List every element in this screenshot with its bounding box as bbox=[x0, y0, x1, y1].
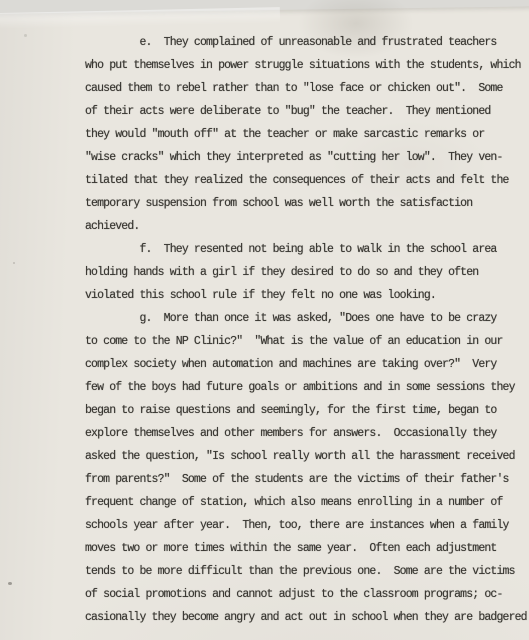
text-line: f. They resented not being able to walk … bbox=[85, 238, 529, 261]
text-line: tilated that they realized the consequen… bbox=[85, 169, 529, 192]
text-line: of social promotions and cannot adjust t… bbox=[85, 583, 529, 606]
typewritten-text-block: e. They complained of unreasonable and f… bbox=[85, 31, 529, 629]
text-line: who put themselves in power struggle sit… bbox=[85, 54, 529, 77]
text-line: from parents?" Some of the students are … bbox=[85, 468, 529, 491]
paper-speck bbox=[8, 582, 12, 585]
text-line: achieved. bbox=[85, 215, 529, 238]
text-line: g. More than once it was asked, "Does on… bbox=[85, 307, 529, 330]
document-page: e. They complained of unreasonable and f… bbox=[0, 0, 529, 640]
text-line: casionally they become angry and act out… bbox=[85, 606, 529, 629]
text-line: complex society when automation and mach… bbox=[85, 353, 529, 376]
text-line: to come to the NP Clinic?" "What is the … bbox=[85, 330, 529, 353]
text-line: they would "mouth off" at the teacher or… bbox=[85, 123, 529, 146]
text-line: holding hands with a girl if they desire… bbox=[85, 261, 529, 284]
text-line: of their acts were deliberate to "bug" t… bbox=[85, 100, 529, 123]
text-line: few of the boys had future goals or ambi… bbox=[85, 376, 529, 399]
text-line: temporary suspension from school was wel… bbox=[85, 192, 529, 215]
paper-speck bbox=[13, 262, 15, 264]
text-line: moves two or more times within the same … bbox=[85, 537, 529, 560]
text-line: violated this school rule if they felt n… bbox=[85, 284, 529, 307]
text-line: "wise cracks" which they interpreted as … bbox=[85, 146, 529, 169]
text-line: e. They complained of unreasonable and f… bbox=[85, 31, 529, 54]
text-line: schools year after year. Then, too, ther… bbox=[85, 514, 529, 537]
text-line: tends to be more difficult than the prev… bbox=[85, 560, 529, 583]
text-line: caused them to rebel rather than to "los… bbox=[85, 77, 529, 100]
paper-speck bbox=[24, 34, 27, 37]
text-line: frequent change of station, which also m… bbox=[85, 491, 529, 514]
text-line: explore themselves and other members for… bbox=[85, 422, 529, 445]
text-line: began to raise questions and seemingly, … bbox=[85, 399, 529, 422]
text-line: asked the question, "Is school really wo… bbox=[85, 445, 529, 468]
